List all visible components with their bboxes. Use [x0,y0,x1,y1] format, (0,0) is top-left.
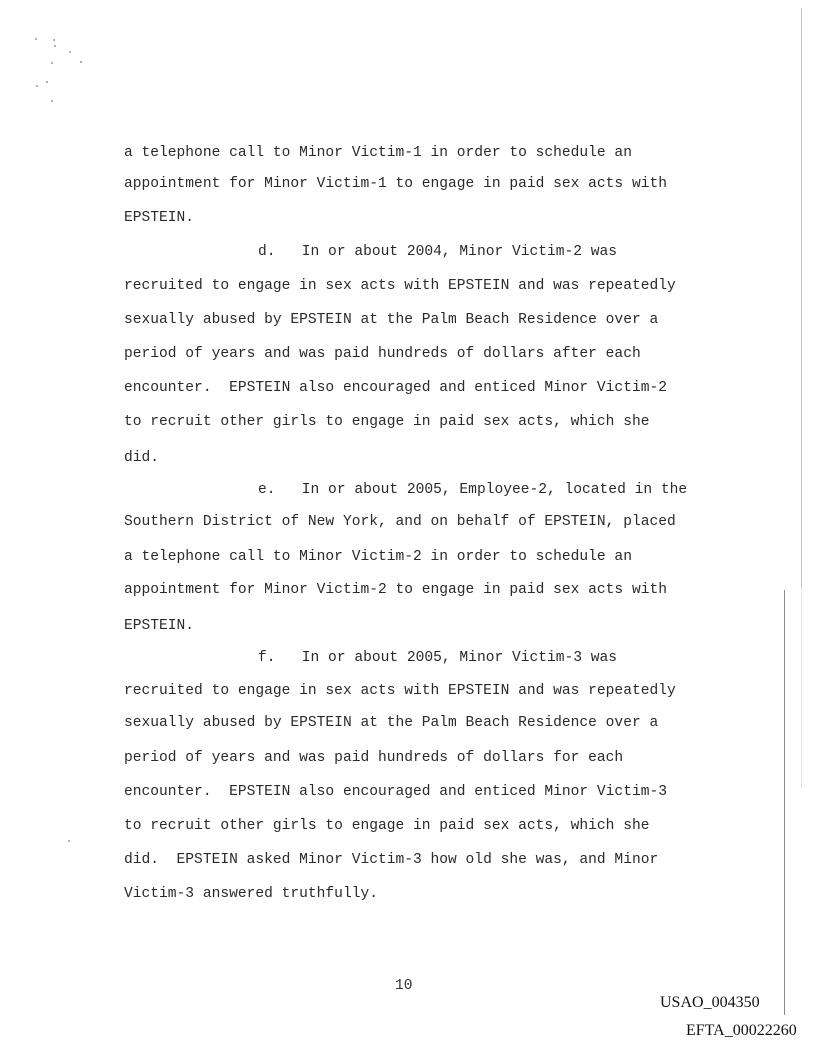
paragraph-first-line: f. In or about 2005, Minor Victim-3 was [258,651,617,666]
scan-speck [35,38,37,40]
page-number: 10 [395,978,413,994]
scan-speck [68,840,70,842]
scan-edge-line [801,8,802,588]
text-line: EPSTEIN. [124,619,194,634]
scan-edge-line [801,588,802,788]
bates-number-efta: EFTA_00022260 [686,1022,797,1040]
scan-speck [80,61,82,63]
text-line: period of years and was paid hundreds of… [124,347,641,362]
scan-speck [51,62,53,64]
text-line: sexually abused by EPSTEIN at the Palm B… [124,313,658,328]
scan-speck [36,85,38,87]
bates-number-usao: USAO_004350 [660,994,760,1012]
text-line: appointment for Minor Victim-2 to engage… [124,583,667,598]
text-line: sexually abused by EPSTEIN at the Palm B… [124,716,658,731]
scan-speck [69,51,71,53]
text-line: a telephone call to Minor Victim-1 in or… [124,146,632,161]
text-line: Southern District of New York, and on be… [124,515,676,530]
scan-speck [51,100,53,102]
text-line: to recruit other girls to engage in paid… [124,819,649,834]
paragraph-first-line: d. In or about 2004, Minor Victim-2 was [258,245,617,260]
text-line: to recruit other girls to engage in paid… [124,415,649,430]
document-page: a telephone call to Minor Victim-1 in or… [0,0,817,1056]
scan-speck [54,45,56,47]
text-line: encounter. EPSTEIN also encouraged and e… [124,785,667,800]
text-line: period of years and was paid hundreds of… [124,751,623,766]
text-line: Victim-3 answered truthfully. [124,887,378,902]
text-line: a telephone call to Minor Victim-2 in or… [124,550,632,565]
text-line: did. [124,451,159,466]
text-line: recruited to engage in sex acts with EPS… [124,279,676,294]
scan-speck [53,39,55,41]
scan-speck [46,81,48,83]
scan-edge-line [784,590,785,1015]
text-line: appointment for Minor Victim-1 to engage… [124,177,667,192]
text-line: EPSTEIN. [124,211,194,226]
text-line: did. EPSTEIN asked Minor Victim-3 how ol… [124,853,658,868]
paragraph-first-line: e. In or about 2005, Employee-2, located… [258,483,687,498]
text-line: encounter. EPSTEIN also encouraged and e… [124,381,667,396]
text-line: recruited to engage in sex acts with EPS… [124,684,676,699]
